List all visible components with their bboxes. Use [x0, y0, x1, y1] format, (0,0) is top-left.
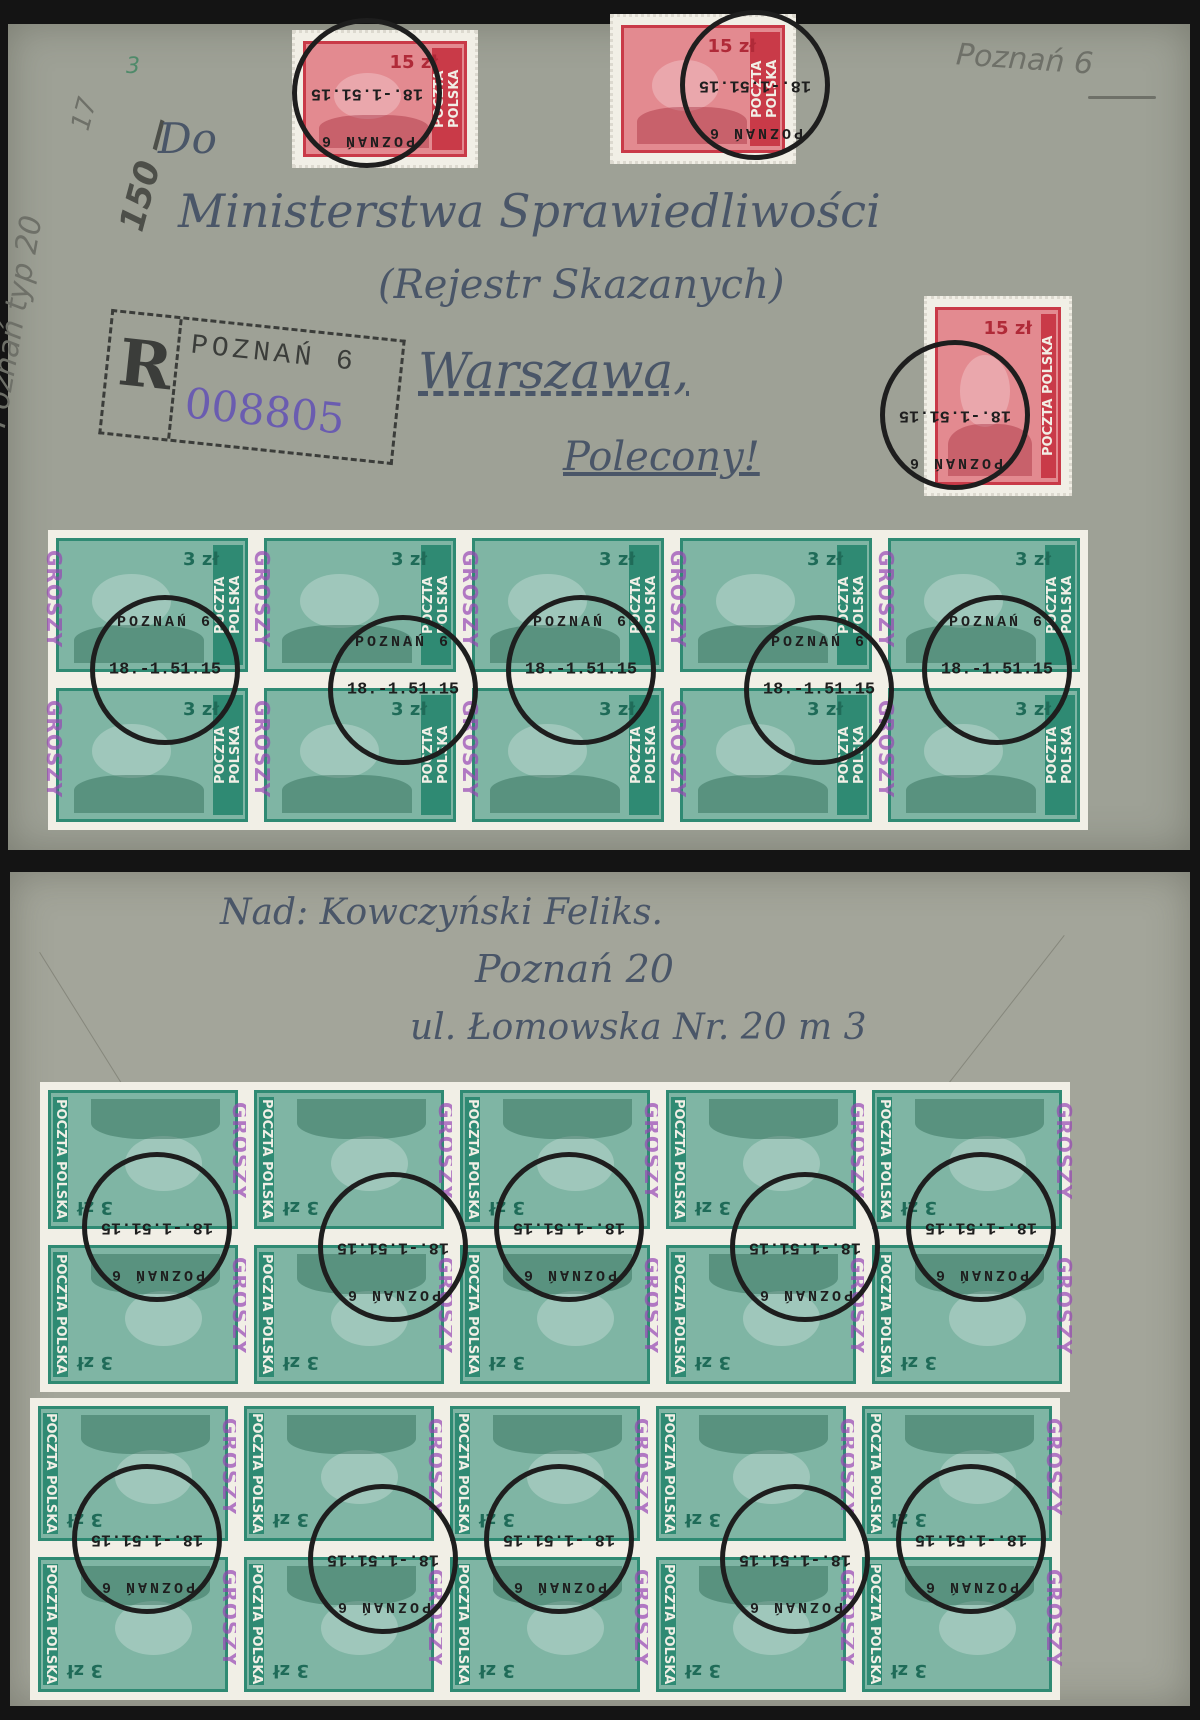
- postmark-cancel: POZNAŃ 618.-1.51.15: [720, 1484, 870, 1634]
- postmark-cancel: POZNAŃ 618.-1.51.15: [292, 18, 442, 168]
- postmark-cancel: POZNAŃ 618.-1.51.15: [730, 1172, 880, 1322]
- registration-letter: R: [115, 325, 176, 405]
- postmark-cancel: POZNAŃ 618.-1.51.15: [922, 595, 1072, 745]
- overprint: GROSZY: [250, 550, 274, 648]
- postmark-cancel: POZNAŃ 618.-1.51.15: [494, 1152, 644, 1302]
- postmark-cancel: POZNAŃ 618.-1.51.15: [82, 1152, 232, 1302]
- postmark-cancel: POZNAŃ 618.-1.51.15: [906, 1152, 1056, 1302]
- stamp-block-back-top: POCZTA POLSKA3 złGROSZYPOCZTA POLSKA3 zł…: [40, 1082, 1070, 1392]
- postmark-cancel: POZNAŃ 618.-1.51.15: [90, 595, 240, 745]
- registration-number: 008805: [182, 378, 347, 443]
- pencil-note-vertical: Poznań typ 20: [0, 213, 50, 430]
- address-line-registered: Polecony!: [563, 434, 760, 480]
- registration-office: POZNAŃ 6: [189, 330, 358, 378]
- address-line-city: Warszawa,: [418, 342, 689, 400]
- pencil-underline: [1088, 96, 1156, 99]
- overprint: GROSZY: [666, 700, 690, 798]
- stamp-block-front: POCZTA POLSKA3 złGROSZYPOCZTA POLSKA3 zł…: [48, 530, 1088, 830]
- postmark-cancel: POZNAŃ 618.-1.51.15: [680, 10, 830, 160]
- postmark-cancel: POZNAŃ 618.-1.51.15: [308, 1484, 458, 1634]
- postmark-cancel: POZNAŃ 618.-1.51.15: [744, 615, 894, 765]
- sender-line-street: ul. Łomowska Nr. 20 m 3: [410, 1007, 867, 1048]
- overprint: GROSZY: [42, 550, 66, 648]
- postmark-cancel: POZNAŃ 618.-1.51.15: [318, 1172, 468, 1322]
- pencil-note-green: 3: [126, 54, 140, 79]
- address-line-registry: (Rejestr Skazanych): [378, 262, 784, 308]
- overprint: GROSZY: [1042, 1569, 1066, 1667]
- postmark-cancel: POZNAŃ 618.-1.51.15: [484, 1464, 634, 1614]
- postmark-cancel: POZNAŃ 618.-1.51.15: [72, 1464, 222, 1614]
- overprint: GROSZY: [42, 700, 66, 798]
- postmark-cancel: POZNAŃ 618.-1.51.15: [328, 615, 478, 765]
- overprint: GROSZY: [1052, 1257, 1076, 1355]
- registration-label: R POZNAŃ 6 008805: [98, 309, 406, 465]
- postmark-cancel: POZNAŃ 618.-1.51.15: [896, 1464, 1046, 1614]
- overprint: GROSZY: [1052, 1102, 1076, 1200]
- sender-line-city: Poznań 20: [475, 947, 674, 991]
- pencil-note-figures: 17: [66, 94, 104, 134]
- stamp-block-back-bottom: POCZTA POLSKA3 złGROSZYPOCZTA POLSKA3 zł…: [30, 1398, 1060, 1700]
- sender-line-name: Nad: Kowczyński Feliks.: [220, 892, 663, 933]
- pencil-note-office: Poznań 6: [955, 37, 1094, 81]
- overprint: GROSZY: [666, 550, 690, 648]
- address-line-do: Do: [158, 114, 217, 163]
- overprint: GROSZY: [1042, 1418, 1066, 1516]
- address-line-ministry: Ministerstwa Sprawiedliwości: [178, 184, 881, 238]
- postmark-cancel: POZNAŃ 618.-1.51.15: [880, 340, 1030, 490]
- overprint: GROSZY: [250, 700, 274, 798]
- postmark-cancel: POZNAŃ 618.-1.51.15: [506, 595, 656, 745]
